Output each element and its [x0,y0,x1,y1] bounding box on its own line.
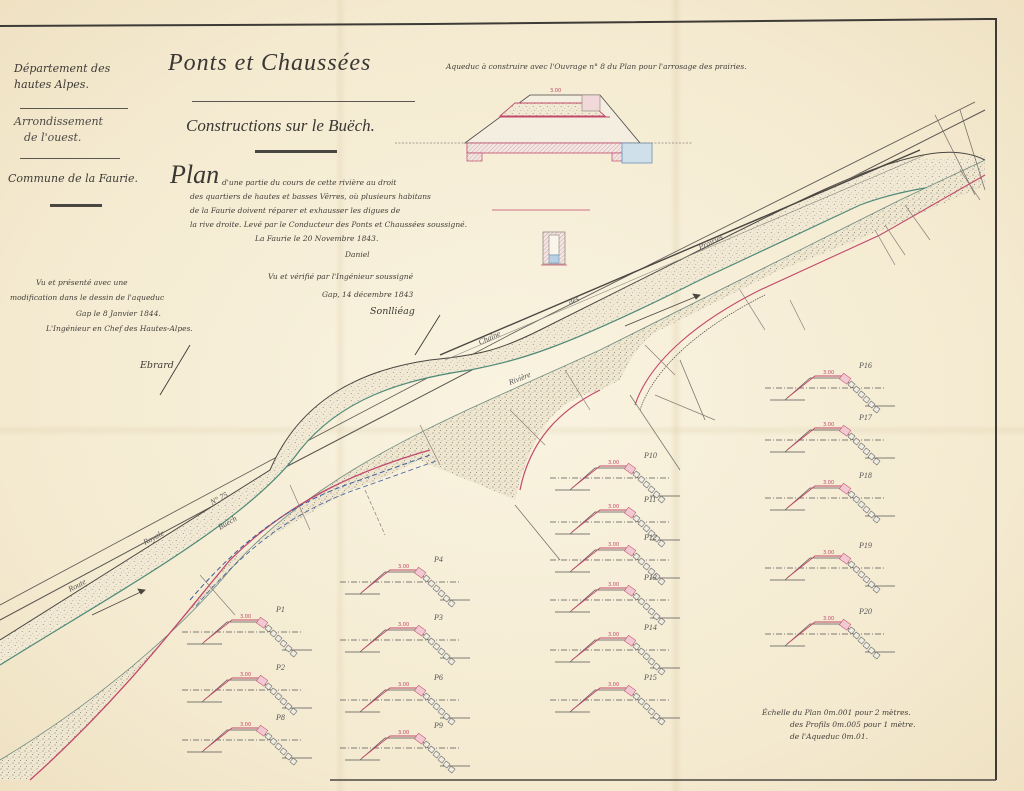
profile-p15: 3.00P15 [550,673,680,725]
svg-text:Chaîne: Chaîne [477,329,502,347]
divider [255,150,337,153]
approval-line2: modification dans le dessin de l'aqueduc [10,293,164,302]
svg-text:3.00: 3.00 [823,550,834,556]
svg-text:3.00: 3.00 [398,622,409,628]
profile-p3: 3.00P3 [340,613,470,665]
svg-text:P9: P9 [433,721,443,730]
aqueduct-section: 3.00 [395,88,692,163]
svg-text:3.00: 3.00 [398,564,409,570]
profile-p17: 3.00P17 [765,413,895,465]
profile-p4: 3.00P4 [340,555,470,607]
svg-text:P12: P12 [643,533,657,542]
svg-text:P20: P20 [858,607,872,616]
svg-text:3.00: 3.00 [608,582,619,588]
svg-text:3.00: 3.00 [823,370,834,376]
scale-line3: de l'Aqueduc 0m.01. [790,732,868,741]
profile-p1: 3.00P1 [182,605,312,657]
plan-lead: Plan [170,160,219,190]
svg-text:P6: P6 [433,673,443,682]
profile-p16: 3.00P16 [765,361,895,413]
divider [20,108,128,109]
svg-text:P4: P4 [433,555,443,564]
svg-text:3.00: 3.00 [398,682,409,688]
svg-text:P3: P3 [433,613,443,622]
plan-line2: des quartiers de hautes et basses Vêrres… [190,192,431,201]
svg-text:3.00: 3.00 [823,422,834,428]
svg-text:P13: P13 [643,573,657,582]
approval-line1: Vu et présenté avec une [36,278,128,287]
arrondissement-line2: de l'ouest. [24,131,81,144]
svg-text:3.00: 3.00 [608,542,619,548]
profile-p18: 3.00P18 [765,471,895,523]
scale-line2: des Profils 0m.005 pour 1 mètre. [790,720,915,729]
svg-text:3.00: 3.00 [240,614,251,620]
svg-text:P1: P1 [275,605,285,614]
title-divider [192,101,415,102]
plan-line3: de la Faurie doivent réparer et exhausse… [190,206,400,215]
svg-text:P10: P10 [643,451,657,460]
verification-line1: Vu et vérifié par l'Ingénieur soussigné [268,272,413,281]
aqueduct-detail [492,210,590,265]
profile-p11: 3.00P11 [550,495,680,547]
svg-text:3.00: 3.00 [823,616,834,622]
svg-text:P15: P15 [643,673,657,682]
svg-text:P17: P17 [858,413,873,422]
svg-text:P11: P11 [643,495,656,504]
arrondissement-line1: Arrondissement [14,115,103,128]
svg-text:3.00: 3.00 [608,460,619,466]
title-main: Ponts et Chaussées [168,50,371,77]
approval-signature: Ebrard [140,360,174,371]
profile-p6: 3.00P6 [340,673,470,725]
drawing-sheet: Route Royale N° 75 Chaîne des Prairies R… [0,0,1024,791]
plan-line1: d'une partie du cours de cette rivière a… [222,178,396,187]
profile-p2: 3.00P2 [182,663,312,715]
approval-line3: Gap le 8 Janvier 1844. [76,309,161,318]
svg-text:3.00: 3.00 [608,682,619,688]
commune-label: Commune de la Faurie. [8,172,138,185]
svg-text:3.00: 3.00 [823,480,834,486]
svg-text:P19: P19 [858,541,872,550]
profile-p9: 3.00P9 [340,721,470,773]
verification-line2: Gap, 14 décembre 1843 [322,290,413,299]
approval-line4: L'Ingénieur en Chef des Hautes-Alpes. [46,324,193,333]
title-sub: Constructions sur le Buëch. [186,116,375,136]
plan-place-date: La Faurie le 20 Novembre 1843. [255,234,378,243]
profile-p10: 3.00P10 [550,451,680,503]
profile-p19: 3.00P19 [765,541,895,593]
svg-text:P16: P16 [858,361,872,370]
svg-text:3.00: 3.00 [240,672,251,678]
svg-text:P14: P14 [643,623,657,632]
svg-text:P18: P18 [858,471,872,480]
divider [20,158,120,159]
svg-text:3.00: 3.00 [608,504,619,510]
profile-p8: 3.00P8 [182,713,312,765]
scale-line1: Échelle du Plan 0m.001 pour 2 mètres. [762,708,911,717]
map-drawing: Route Royale N° 75 Chaîne des Prairies R… [0,0,1024,791]
plan-line4: la rive droite. Levé par le Conducteur d… [190,220,467,229]
departement-line2: hautes Alpes. [14,78,89,91]
profile-p14: 3.00P14 [550,623,680,675]
plan-signature: Daniel [345,250,370,259]
profile-p20: 3.00P20 [765,607,895,659]
svg-text:3.00: 3.00 [240,722,251,728]
svg-text:P2: P2 [275,663,285,672]
divider [50,204,102,207]
aqueduct-caption: Aqueduc à construire avec l'Ouvrage n° 8… [446,62,747,71]
river-lower-band [0,160,985,780]
svg-text:3.00: 3.00 [398,730,409,736]
svg-text:3.00: 3.00 [550,88,561,94]
verification-signature: Sonlliéag [370,306,415,317]
departement-line1: Département des [14,62,110,75]
svg-text:3.00: 3.00 [608,632,619,638]
svg-text:P8: P8 [275,713,285,722]
